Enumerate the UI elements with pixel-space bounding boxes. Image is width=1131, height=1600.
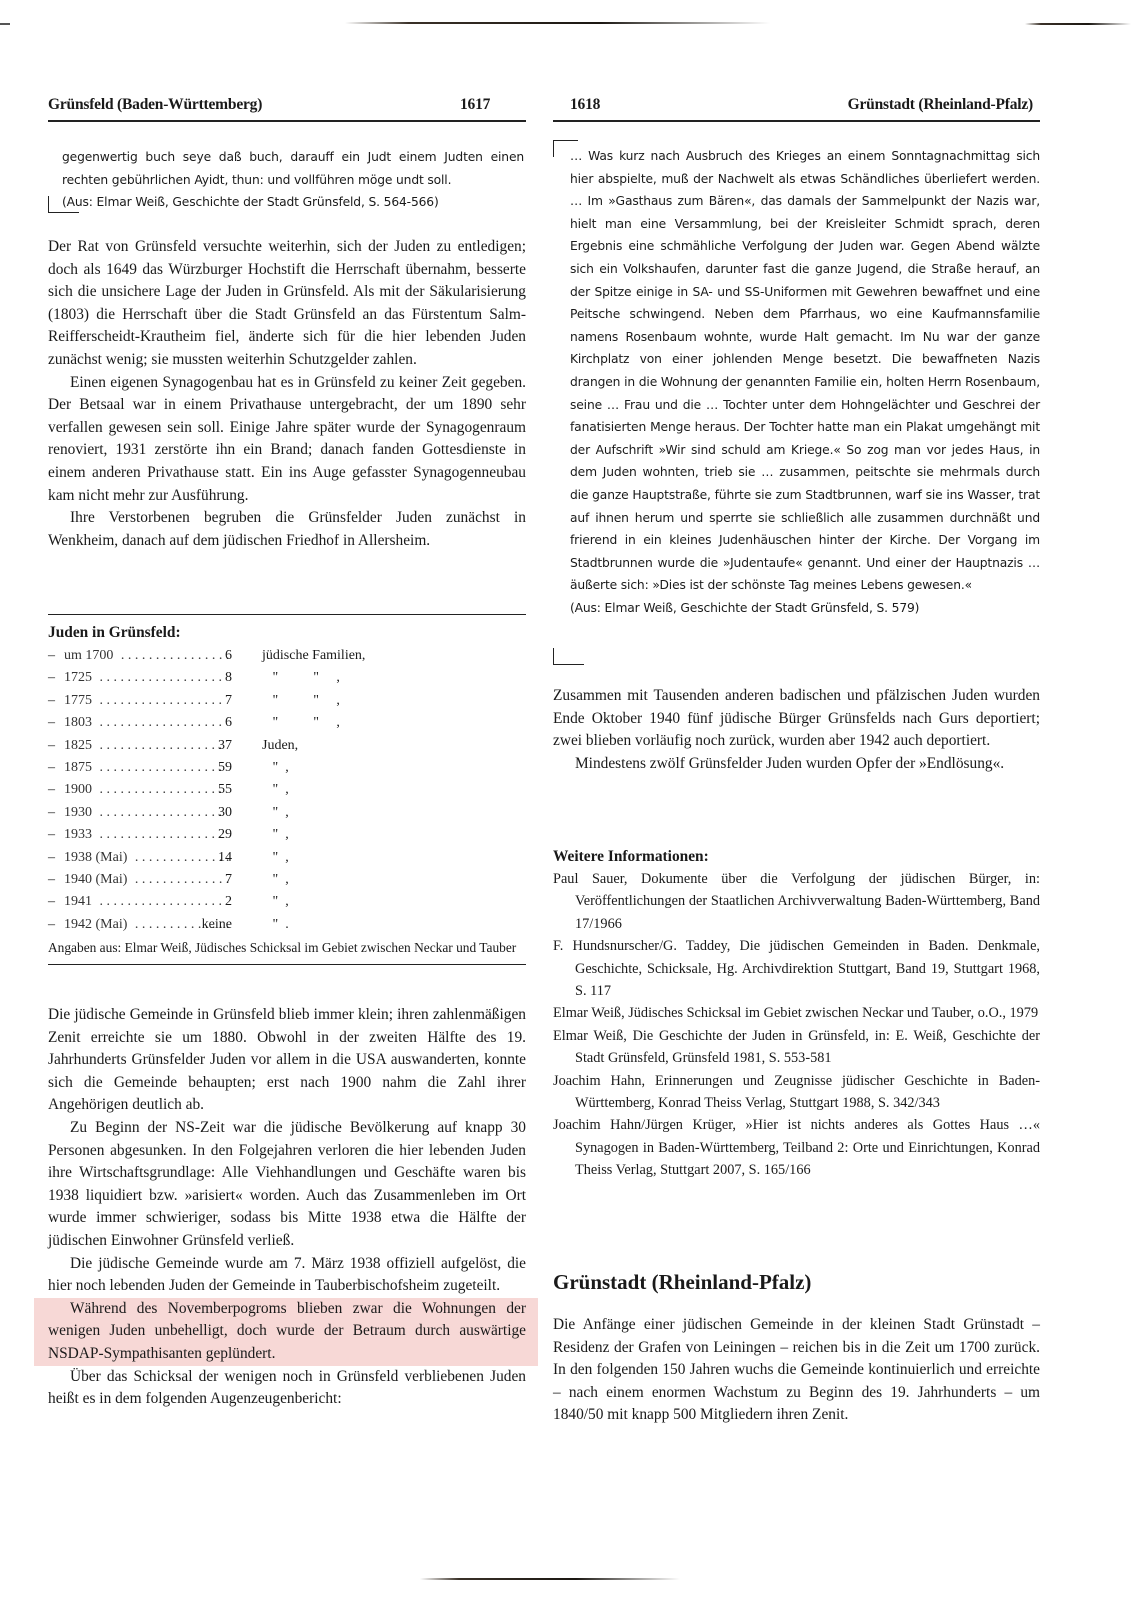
row-count: 7	[225, 690, 232, 712]
table-row: –1900 . . . . . . . . . . . . . . . . . …	[48, 779, 526, 801]
reference-item: Joachim Hahn/Jürgen Krüger, »Hier ist ni…	[553, 1114, 1040, 1181]
row-year: 1930	[64, 805, 96, 820]
row-year: 1803	[64, 715, 96, 730]
leader-dots: . . . . . . . . . . . . . . . . . .	[96, 693, 222, 708]
further-info: Weitere Informationen: Paul Sauer, Dokum…	[553, 846, 1040, 1182]
row-year: 1941	[64, 894, 96, 909]
row-leader-dots: 1933 . . . . . . . . . . . . . . . . . .	[64, 824, 232, 846]
reference-item: Elmar Weiß, Jüdisches Schicksal im Gebie…	[553, 1002, 1040, 1024]
quote-bracket-bottom	[48, 196, 79, 213]
row-year: um 1700	[64, 648, 117, 663]
leader-dots: . . . . . . . . . . . . . . . . . .	[96, 782, 222, 797]
leader-dots: . . . . . . . . . . . . . . . . . .	[96, 738, 222, 753]
row-unit: " ,	[262, 802, 289, 824]
row-count: 14	[218, 847, 232, 869]
row-count: 30	[218, 802, 232, 824]
leader-dots: . . . . . . . . . . . . . . . . . .	[117, 648, 232, 663]
table-row: –1942 (Mai) . . . . . . . . . . . . . . …	[48, 914, 526, 936]
scan-edge-bottom-center	[420, 1578, 680, 1580]
table-row: –1940 (Mai) . . . . . . . . . . . . . . …	[48, 869, 526, 891]
row-unit: " " ,	[262, 712, 340, 734]
row-leader-dots: 1875 . . . . . . . . . . . . . . . . . .	[64, 757, 232, 779]
row-year: 1942 (Mai)	[64, 917, 131, 932]
section-title: Grünstadt (Rheinland-Pfalz)	[553, 1268, 1040, 1296]
row-year: 1875	[64, 760, 96, 775]
row-unit: " ,	[262, 847, 289, 869]
page-number-left: 1617	[460, 96, 490, 114]
row-dash: –	[48, 667, 55, 689]
right-column-body: Zusammen mit Tausenden anderen badischen…	[553, 685, 1040, 775]
row-dash: –	[48, 779, 55, 801]
row-dash: –	[48, 824, 55, 846]
leader-dots: . . . . . . . . . . . . . . . . . .	[96, 894, 222, 909]
leader-dots: . . . . . . . . . . . . . . . . . .	[96, 670, 222, 685]
row-dash: –	[48, 891, 55, 913]
header-rule-left	[48, 120, 526, 122]
row-unit: " ,	[262, 824, 289, 846]
row-count: 59	[218, 757, 232, 779]
row-dash: –	[48, 712, 55, 734]
further-info-label: Weitere Informationen:	[553, 846, 1040, 868]
running-head-left-title: Grünsfeld (Baden-Württemberg)	[48, 96, 262, 114]
row-count: 29	[218, 824, 232, 846]
leader-dots: . . . . . . . . . . . . . . . . . .	[96, 760, 222, 775]
quote-bracket-bottom-right	[553, 648, 584, 665]
row-year: 1940 (Mai)	[64, 872, 131, 887]
quote-text: gegenwertig buch seye daß buch, darauff …	[62, 146, 524, 191]
eyewitness-quote: … Was kurz nach Ausbruch des Krieges an …	[570, 145, 1040, 619]
table-row: –1775 . . . . . . . . . . . . . . . . . …	[48, 690, 526, 712]
row-year: 1825	[64, 738, 96, 753]
row-unit: " ,	[262, 757, 289, 779]
leader-dots: . . . . . . . . . . . . . . . . . .	[96, 715, 222, 730]
scan-edge-top-center	[345, 22, 770, 24]
leader-dots: . . . . . . . . . . . . . . . . . .	[131, 872, 232, 887]
population-rows: –um 1700 . . . . . . . . . . . . . . . .…	[48, 645, 526, 936]
table-row: –1725 . . . . . . . . . . . . . . . . . …	[48, 667, 526, 689]
eyewitness-quote-source: (Aus: Elmar Weiß, Geschichte der Stadt G…	[570, 597, 1040, 620]
row-leader-dots: 1940 (Mai) . . . . . . . . . . . . . . .…	[64, 869, 232, 891]
leader-dots: . . . . . . . . . . . . . . . . . .	[131, 850, 232, 865]
row-unit: " " ,	[262, 690, 340, 712]
table-row: –um 1700 . . . . . . . . . . . . . . . .…	[48, 645, 526, 667]
reference-item: Paul Sauer, Dokumente über die Verfolgun…	[553, 868, 1040, 935]
population-table: Juden in Grünsfeld: –um 1700 . . . . . .…	[48, 614, 526, 965]
page-number-right: 1618	[570, 96, 600, 114]
row-dash: –	[48, 645, 55, 667]
row-leader-dots: 1941 . . . . . . . . . . . . . . . . . .	[64, 891, 232, 913]
leader-dots: . . . . . . . . . . . . . . . . . .	[96, 827, 222, 842]
row-leader-dots: 1775 . . . . . . . . . . . . . . . . . .	[64, 690, 232, 712]
table-row: –1825 . . . . . . . . . . . . . . . . . …	[48, 735, 526, 757]
scan-edge-top-right	[1025, 23, 1131, 25]
table-row: –1933 . . . . . . . . . . . . . . . . . …	[48, 824, 526, 846]
row-dash: –	[48, 914, 55, 936]
row-dash: –	[48, 757, 55, 779]
paragraph: Der Rat von Grünsfeld versuchte weiterhi…	[48, 236, 526, 372]
new-section: Grünstadt (Rheinland-Pfalz) Die Anfänge …	[553, 1268, 1040, 1427]
running-head-right-title: Grünstadt (Rheinland-Pfalz)	[848, 96, 1033, 114]
row-leader-dots: 1900 . . . . . . . . . . . . . . . . . .	[64, 779, 232, 801]
row-year: 1933	[64, 827, 96, 842]
row-count: 37	[218, 735, 232, 757]
reference-list: Paul Sauer, Dokumente über die Verfolgun…	[553, 868, 1040, 1182]
row-leader-dots: 1725 . . . . . . . . . . . . . . . . . .	[64, 667, 232, 689]
paragraph: Über das Schicksal der wenigen noch in G…	[48, 1366, 526, 1411]
quote-source: (Aus: Elmar Weiß, Geschichte der Stadt G…	[62, 191, 524, 214]
paragraph: Zu Beginn der NS-Zeit war die jüdische B…	[48, 1117, 526, 1253]
row-count: 6	[225, 712, 232, 734]
row-unit: " .	[262, 914, 289, 936]
row-leader-dots: 1930 . . . . . . . . . . . . . . . . . .	[64, 802, 232, 824]
row-count: 8	[225, 667, 232, 689]
reference-item: Joachim Hahn, Erinnerungen und Zeugnisse…	[553, 1070, 1040, 1115]
paragraph: Die jüdische Gemeinde wurde am 7. März 1…	[48, 1253, 526, 1298]
paragraph: Mindestens zwölf Grünsfelder Juden wurde…	[553, 753, 1040, 776]
row-dash: –	[48, 847, 55, 869]
quote-continuation: gegenwertig buch seye daß buch, darauff …	[62, 146, 524, 214]
paragraph: Zusammen mit Tausenden anderen badischen…	[553, 685, 1040, 753]
reference-item: Elmar Weiß, Die Geschichte der Juden in …	[553, 1025, 1040, 1070]
reference-item: F. Hundsnurscher/G. Taddey, Die jüdische…	[553, 935, 1040, 1002]
paragraph: Die jüdische Gemeinde in Grünsfeld blieb…	[48, 1004, 526, 1117]
row-unit: " " ,	[262, 667, 340, 689]
row-count: 7	[225, 869, 232, 891]
row-leader-dots: 1803 . . . . . . . . . . . . . . . . . .	[64, 712, 232, 734]
row-unit: " ,	[262, 779, 289, 801]
highlighted-paragraph: Während des Novemberpogroms blieben zwar…	[34, 1298, 538, 1366]
row-dash: –	[48, 735, 55, 757]
paragraph: Ihre Verstorbenen begruben die Grünsfeld…	[48, 507, 526, 552]
row-count: keine	[202, 914, 232, 936]
paragraph: Einen eigenen Synagogenbau hat es in Grü…	[48, 372, 526, 508]
row-dash: –	[48, 869, 55, 891]
left-column-body-2: Die jüdische Gemeinde in Grünsfeld blieb…	[48, 1004, 526, 1411]
row-unit: " ,	[262, 869, 289, 891]
row-unit: jüdische Familien,	[262, 645, 365, 667]
row-count: 55	[218, 779, 232, 801]
row-year: 1725	[64, 670, 96, 685]
row-leader-dots: um 1700 . . . . . . . . . . . . . . . . …	[64, 645, 232, 667]
row-unit: " ,	[262, 891, 289, 913]
table-row: –1941 . . . . . . . . . . . . . . . . . …	[48, 891, 526, 913]
row-year: 1900	[64, 782, 96, 797]
left-column-body-1: Der Rat von Grünsfeld versuchte weiterhi…	[48, 236, 526, 552]
row-leader-dots: 1938 (Mai) . . . . . . . . . . . . . . .…	[64, 847, 232, 869]
leader-dots: . . . . . . . . . . . . . . . . . .	[96, 805, 222, 820]
row-count: 2	[225, 891, 232, 913]
row-count: 6	[225, 645, 232, 667]
row-year: 1775	[64, 693, 96, 708]
row-dash: –	[48, 690, 55, 712]
header-rule-right	[553, 120, 1040, 122]
row-dash: –	[48, 802, 55, 824]
row-leader-dots: 1825 . . . . . . . . . . . . . . . . . .	[64, 735, 232, 757]
table-row: –1930 . . . . . . . . . . . . . . . . . …	[48, 802, 526, 824]
table-row: –1938 (Mai) . . . . . . . . . . . . . . …	[48, 847, 526, 869]
row-year: 1938 (Mai)	[64, 850, 131, 865]
eyewitness-quote-text: … Was kurz nach Ausbruch des Krieges an …	[570, 145, 1040, 597]
paragraph: Die Anfänge einer jüdischen Gemeinde in …	[553, 1314, 1040, 1427]
population-table-source: Angaben aus: Elmar Weiß, Jüdisches Schic…	[48, 938, 526, 962]
scan-edge-top-left	[0, 23, 10, 25]
population-table-title: Juden in Grünsfeld:	[48, 621, 526, 645]
table-row: –1803 . . . . . . . . . . . . . . . . . …	[48, 712, 526, 734]
table-row: –1875 . . . . . . . . . . . . . . . . . …	[48, 757, 526, 779]
row-unit: Juden,	[262, 735, 298, 757]
